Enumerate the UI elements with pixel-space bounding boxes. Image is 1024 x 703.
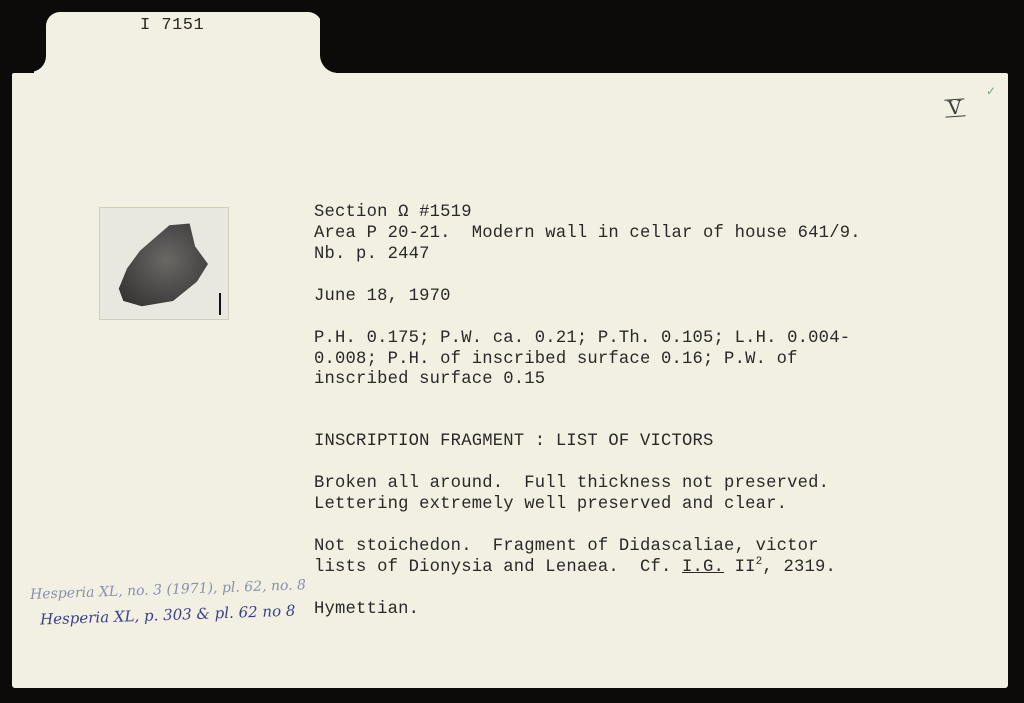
edition-superscript: 2	[756, 556, 763, 568]
section-line: Section Ω #1519	[314, 203, 472, 224]
dimensions-line-3: inscribed surface 0.15	[314, 370, 545, 391]
check-mark-icon: ✓	[986, 84, 996, 98]
condition-line-2: Lettering extremely well preserved and c…	[314, 495, 787, 516]
number-text: , 2319.	[762, 558, 836, 577]
description-line-1: Not stoichedon. Fragment of Didascaliae,…	[314, 537, 819, 558]
roman-numeral-mark: V	[944, 98, 965, 117]
date-line: June 18, 1970	[314, 287, 451, 308]
condition-line-1: Broken all around. Full thickness not pr…	[314, 474, 829, 495]
notebook-line: Nb. p. 2447	[314, 245, 430, 266]
object-title: INSCRIPTION FRAGMENT : LIST OF VICTORS	[314, 432, 714, 453]
description-line-2: lists of Dionysia and Lenaea. Cf. I.G. I…	[314, 558, 836, 579]
description-text: lists of Dionysia and Lenaea. Cf.	[314, 558, 682, 577]
material-line: Hymettian.	[314, 600, 419, 621]
ig-reference: I.G.	[682, 558, 724, 577]
tab-right-shoulder	[306, 30, 336, 78]
inventory-number: I 7151	[140, 16, 204, 35]
area-line: Area P 20-21. Modern wall in cellar of h…	[314, 224, 861, 245]
scale-bar	[219, 293, 221, 315]
volume-text: II	[724, 558, 756, 577]
dimensions-line-2: 0.008; P.H. of inscribed surface 0.16; P…	[314, 350, 798, 371]
stone-fragment-image	[116, 220, 208, 308]
object-photo	[99, 207, 229, 320]
dimensions-line-1: P.H. 0.175; P.W. ca. 0.21; P.Th. 0.105; …	[314, 329, 850, 350]
